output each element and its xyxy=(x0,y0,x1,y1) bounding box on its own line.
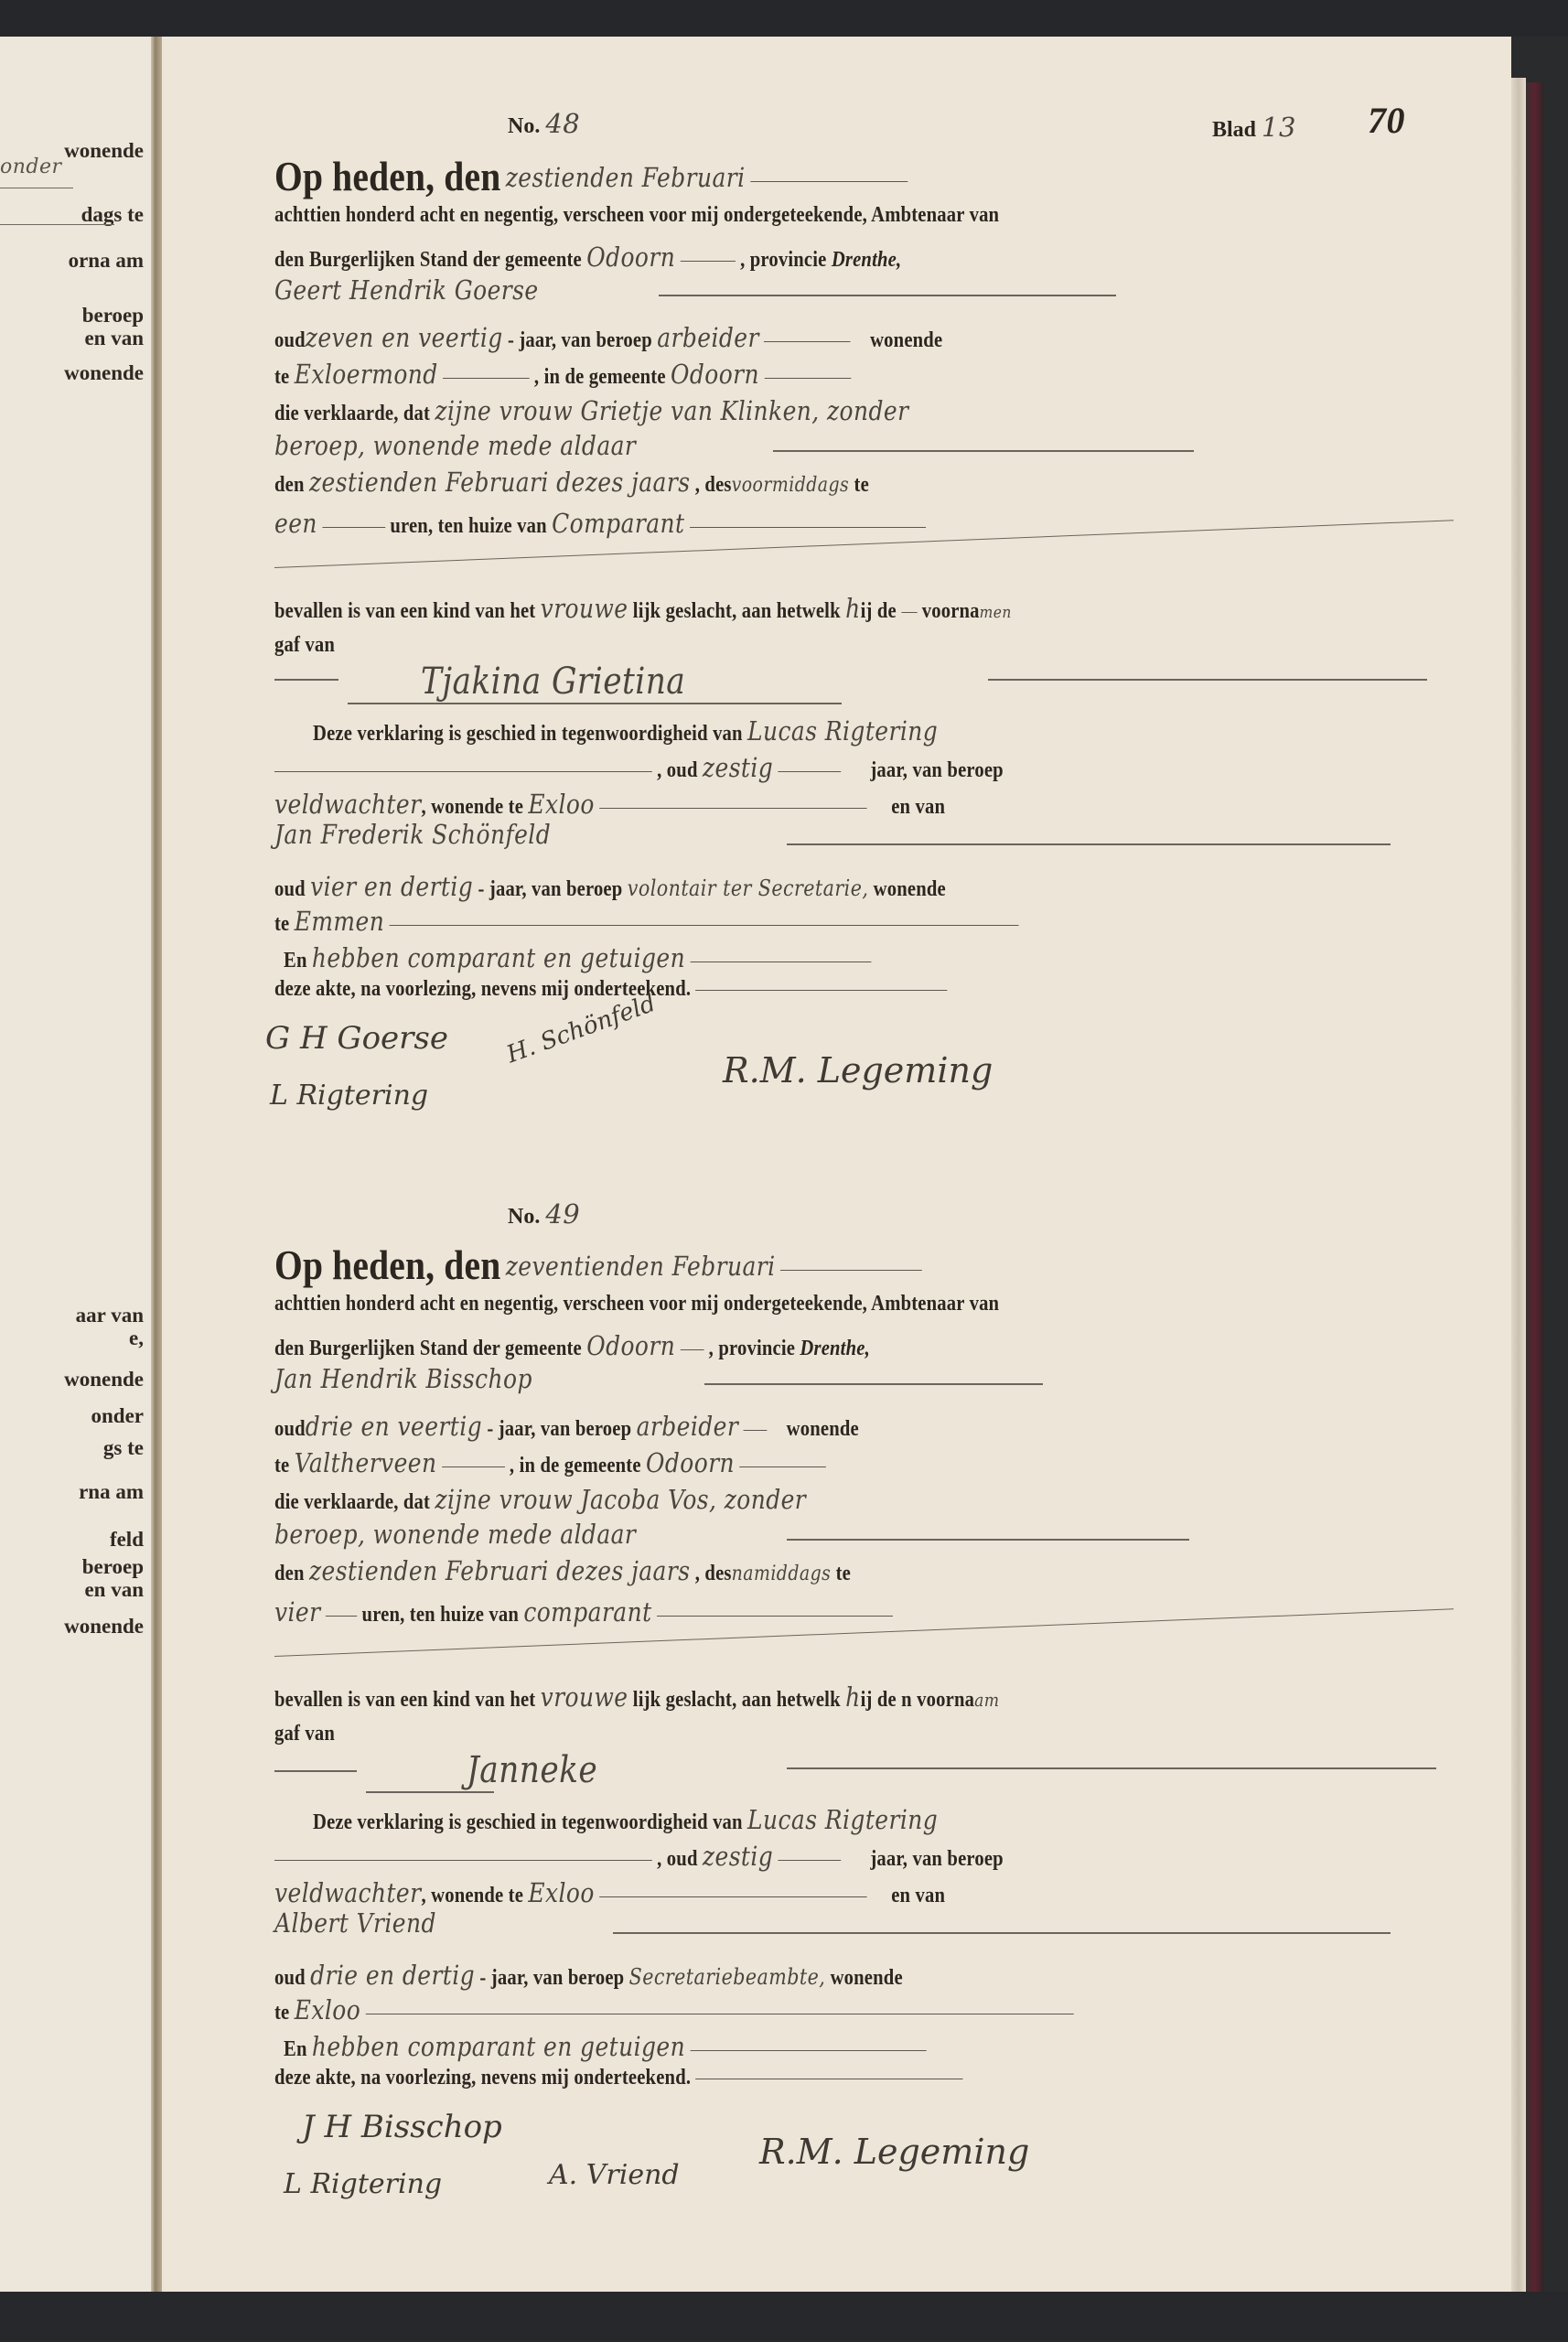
act-number-label: No. 48 xyxy=(508,108,580,139)
witness1-age-line: , oud zestig jaar, van beroep xyxy=(274,1841,1004,1872)
witness-intro-line: Deze verklaring is geschied in tegenwoor… xyxy=(313,715,938,747)
left-fragment-text: orna am xyxy=(69,249,144,273)
rule xyxy=(274,679,338,681)
rule xyxy=(787,1767,1436,1769)
opening-line: Op heden, den zeventienden Februari xyxy=(274,1244,922,1286)
left-fragment-text: feld xyxy=(110,1528,144,1552)
witness2-age-line: oud vier en dertig - jaar, van beroep vo… xyxy=(274,871,946,902)
left-fragment-text: wonende xyxy=(64,1615,144,1638)
blad-number: 13 xyxy=(1262,112,1296,143)
opening-line: Op heden, den zestienden Februari xyxy=(274,156,908,198)
signing-line: En hebben comparant en getuigen xyxy=(284,942,871,973)
rule xyxy=(988,679,1427,681)
signature-declarant: J H Bisschop xyxy=(302,2109,502,2145)
book-gutter xyxy=(151,37,162,2296)
declaration-line: die verklaarde, dat zijne vrouw Jacoba V… xyxy=(274,1484,806,1515)
rule xyxy=(787,843,1391,845)
scan-background-top xyxy=(0,0,1568,37)
witness-intro-line: Deze verklaring is geschied in tegenwoor… xyxy=(313,1804,938,1835)
left-fragment-text: rna am xyxy=(79,1480,144,1504)
residence-line: te Valtherveen , in de gemeente Odoorn xyxy=(274,1447,826,1478)
witness1-age-line: , oud zestig jaar, van beroep xyxy=(274,752,1004,783)
closing-line: deze akte, na voorlezing, nevens mij ond… xyxy=(274,2066,963,2090)
left-fragment-text: beroep xyxy=(82,304,144,328)
child-name: Janneke xyxy=(467,1749,597,1791)
municipality-line: den Burgerlijken Stand der gemeente Odoo… xyxy=(274,242,901,273)
declarant-age-line: ouddrie en veertig - jaar, van beroep ar… xyxy=(274,1411,859,1442)
rule xyxy=(348,703,842,704)
book-cover-edge xyxy=(1526,82,1544,2292)
left-rule xyxy=(0,188,73,188)
scan-background-bottom xyxy=(0,2292,1568,2342)
birth-date-line: den zestienden Februari dezes jaars , de… xyxy=(274,1555,851,1586)
corner-folio-mark: 70 xyxy=(1368,99,1405,142)
declarant-name: Geert Hendrik Goerse xyxy=(274,274,539,306)
signing-line: En hebben comparant en getuigen xyxy=(284,2031,926,2062)
date-field: zeventienden Februari xyxy=(506,1251,776,1282)
gaf-van-label: gaf van xyxy=(274,633,335,658)
left-rule xyxy=(0,224,114,225)
signature-declarant: G H Goerse xyxy=(265,1020,448,1057)
mother-occupation: beroep, wonende mede aldaar xyxy=(274,430,636,461)
witness1-occupation-line: veldwachter, wonende te Exloo en van xyxy=(274,1877,945,1908)
left-fragment-text: gs te xyxy=(103,1436,144,1460)
witness1-occupation-line: veldwachter, wonende te Exloo en van xyxy=(274,789,945,820)
left-fragment-text: onder xyxy=(91,1404,145,1428)
signature-witness2: A. Vriend xyxy=(549,2159,680,2191)
witness2-residence-line: te Emmen xyxy=(274,906,1019,937)
left-page-fragment: wonende onder dags te orna am beroep en … xyxy=(0,37,151,2296)
declarant-age-line: oudzeven en veertig - jaar, van beroep a… xyxy=(274,322,942,353)
declaration-line: die verklaarde, dat zijne vrouw Grietje … xyxy=(274,395,908,426)
page-stack-edge xyxy=(1511,78,1526,2292)
declarant-name: Jan Hendrik Bisschop xyxy=(274,1363,532,1394)
signature-witness1: L Rigtering xyxy=(270,1080,428,1112)
birth-place-line: een uren, ten huize van Comparant xyxy=(274,508,926,539)
blad-label: Blad 13 xyxy=(1212,112,1296,143)
act-number: 49 xyxy=(545,1198,580,1230)
rule xyxy=(773,450,1194,452)
left-fragment-text: en van xyxy=(84,327,144,350)
left-fragment-text: wonende xyxy=(64,139,144,163)
act-number-label: No. 49 xyxy=(508,1198,580,1230)
left-fragment-text: aar van xyxy=(76,1304,144,1327)
witness2-name: Jan Frederik Schönfeld xyxy=(274,819,551,850)
left-fragment-handwriting: onder xyxy=(0,156,62,178)
gaf-van-label: gaf van xyxy=(274,1722,335,1746)
left-fragment-text: wonende xyxy=(64,361,144,385)
birth-date-line: den zestienden Februari dezes jaars , de… xyxy=(274,467,869,498)
rule xyxy=(659,295,1116,296)
child-name: Tjakina Grietina xyxy=(421,661,685,703)
witness2-age-line: oud drie en dertig - jaar, van beroep Se… xyxy=(274,1960,903,1991)
child-sex-line: bevallen is van een kind van het vrouwe … xyxy=(274,1681,1000,1713)
mother-occupation: beroep, wonende mede aldaar xyxy=(274,1519,636,1550)
closing-line: deze akte, na voorlezing, nevens mij ond… xyxy=(274,977,948,1002)
child-sex-line: bevallen is van een kind van het vrouwe … xyxy=(274,593,1012,624)
witness2-residence-line: te Exloo xyxy=(274,1994,1073,2025)
left-fragment-text: en van xyxy=(84,1578,144,1602)
rule xyxy=(613,1932,1391,1934)
left-fragment-text: e, xyxy=(129,1327,144,1350)
left-fragment-text: beroep xyxy=(82,1555,144,1579)
residence-line: te Exloermond , in de gemeente Odoorn xyxy=(274,359,851,390)
witness2-name: Albert Vriend xyxy=(274,1907,436,1939)
left-fragment-text: wonende xyxy=(64,1368,144,1391)
rule xyxy=(704,1383,1043,1385)
signature-witness1: L Rigtering xyxy=(284,2168,442,2200)
municipality-line: den Burgerlijken Stand der gemeente Odoo… xyxy=(274,1330,870,1361)
signature-registrar: R.M. Legeming xyxy=(759,2132,1029,2172)
rule xyxy=(787,1539,1189,1541)
date-field: zestienden Februari xyxy=(506,162,746,193)
year-line: achttien honderd acht en negentig, versc… xyxy=(274,1292,999,1316)
act-number: 48 xyxy=(545,108,580,139)
birth-place-line: vier uren, ten huize van comparant xyxy=(274,1596,893,1628)
year-line: achttien honderd acht en negentig, versc… xyxy=(274,203,999,228)
rule xyxy=(366,1791,494,1793)
rule xyxy=(274,1770,357,1772)
signature-registrar: R.M. Legeming xyxy=(723,1050,993,1090)
